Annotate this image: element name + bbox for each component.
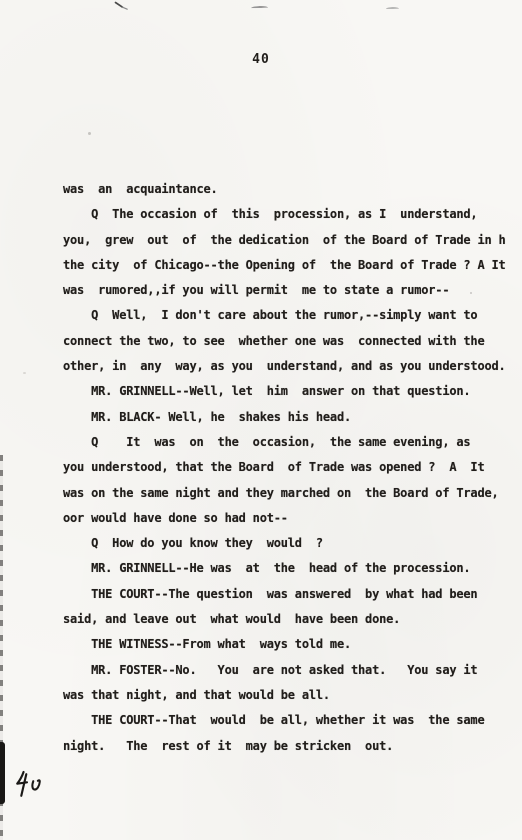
transcript-line: MR. GRINNELL--He was at the head of the … [63,556,516,581]
transcript-line: you, grew out of the dedication of the B… [63,228,516,253]
transcript-line: oor would have done so had not-- [63,506,516,531]
transcript-line: Q Well, I don't care about the rumor,--s… [63,303,516,328]
paper-speck [470,292,472,294]
transcript-line: THE WITNESS--From what ways told me. [63,632,516,657]
transcript-line: Q How do you know they would ? [63,531,516,556]
transcript-line: THE COURT--The question was answered by … [63,582,516,607]
handwritten-page-number [12,768,46,802]
transcript-line: was rumored,,if you will permit me to st… [63,278,516,303]
transcript-line: was that night, and that would be all. [63,683,516,708]
paper-speck [88,132,91,135]
pen-tick-mark-icon [114,1,129,11]
transcript-text: was an acquaintance. Q The occasion of t… [63,177,516,759]
paper-speck [23,372,26,374]
smudge-mark-icon [386,7,399,9]
transcript-line: MR. FOSTER--No. You are not asked that. … [63,658,516,683]
transcript-line: said, and leave out what would have been… [63,607,516,632]
document-page: 40 was an acquaintance. Q The occasion o… [0,0,522,840]
transcript-line: other, in any way, as you understand, an… [63,354,516,379]
transcript-line: MR. BLACK- Well, he shakes his head. [63,405,516,430]
transcript-line: was an acquaintance. [63,177,516,202]
transcript-line: THE COURT--That would be all, whether it… [63,708,516,733]
transcript-line: was on the same night and they marched o… [63,481,516,506]
transcript-line: Q It was on the occasion, the same eveni… [63,430,516,455]
transcript-line: MR. GRINNELL--Well, let him answer on th… [63,379,516,404]
transcript-line: Q The occasion of this procession, as I … [63,202,516,227]
smudge-mark-icon [251,6,268,9]
transcript-line: you understood, that the Board of Trade … [63,455,516,480]
transcript-line: connect the two, to see whether one was … [63,329,516,354]
page-number: 40 [0,52,522,67]
binding-smudge [0,742,5,804]
transcript-line: the city of Chicago--the Opening of the … [63,253,516,278]
transcript-line: night. The rest of it may be stricken ou… [63,734,516,759]
